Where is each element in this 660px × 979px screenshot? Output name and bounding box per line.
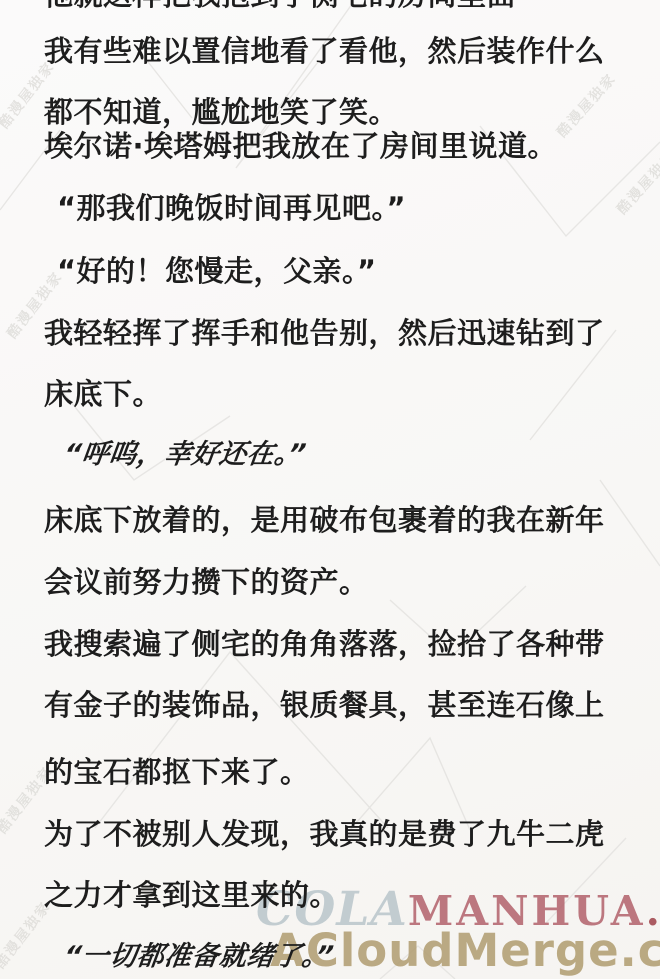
- novel-text-line: 为了不被别人发现，我真的是费了九牛二虎: [44, 819, 605, 849]
- novel-text-line: 的宝石都抠下来了。: [44, 757, 310, 787]
- novel-text-line: “那我们晚饭时间再见吧。”: [57, 193, 406, 223]
- novel-text-line: 埃尔诺·埃塔姆把我放在了房间里说道。: [44, 131, 557, 161]
- novel-text-line: 我有些难以置信地看了看他，然后装作什么: [44, 36, 605, 66]
- novel-text-line: “一切都准备就绪了。”: [62, 942, 335, 972]
- novel-text-line: 床底下放着的，是用破布包裹着的我在新年: [44, 505, 605, 535]
- novel-text-line: 都不知道，尴尬地笑了笑。: [44, 97, 398, 127]
- novel-text-line: 他就这样把我抱到了侧宅的房间里面: [44, 0, 516, 10]
- novel-text-line: 有金子的装饰品，银质餐具，甚至连石像上: [44, 690, 605, 720]
- page-canvas: 酷漫屋独家酷漫屋独家酷漫屋独家酷漫屋独家酷漫屋独家酷漫屋独家 COLAMANHU…: [0, 0, 660, 979]
- novel-text-line: 床底下。: [44, 379, 162, 409]
- novel-text-line: 会议前努力攒下的资产。: [44, 567, 369, 597]
- manhua-reader-text-page: { "page": { "background": "#f9f8f6", "te…: [0, 0, 660, 979]
- novel-text-line: “好的！您慢走，父亲。”: [57, 256, 377, 286]
- novel-text-line: 我搜索遍了侧宅的角角落落，捡拾了各种带: [44, 629, 605, 659]
- novel-text-line: “呼呜，幸好还在。”: [62, 440, 308, 470]
- novel-text-layer: 他就这样把我抱到了侧宅的房间里面我有些难以置信地看了看他，然后装作什么都不知道，…: [0, 0, 660, 979]
- novel-text-line: 之力才拿到这里来的。: [44, 880, 339, 910]
- novel-text-line: 我轻轻挥了挥手和他告别，然后迅速钻到了: [44, 318, 605, 348]
